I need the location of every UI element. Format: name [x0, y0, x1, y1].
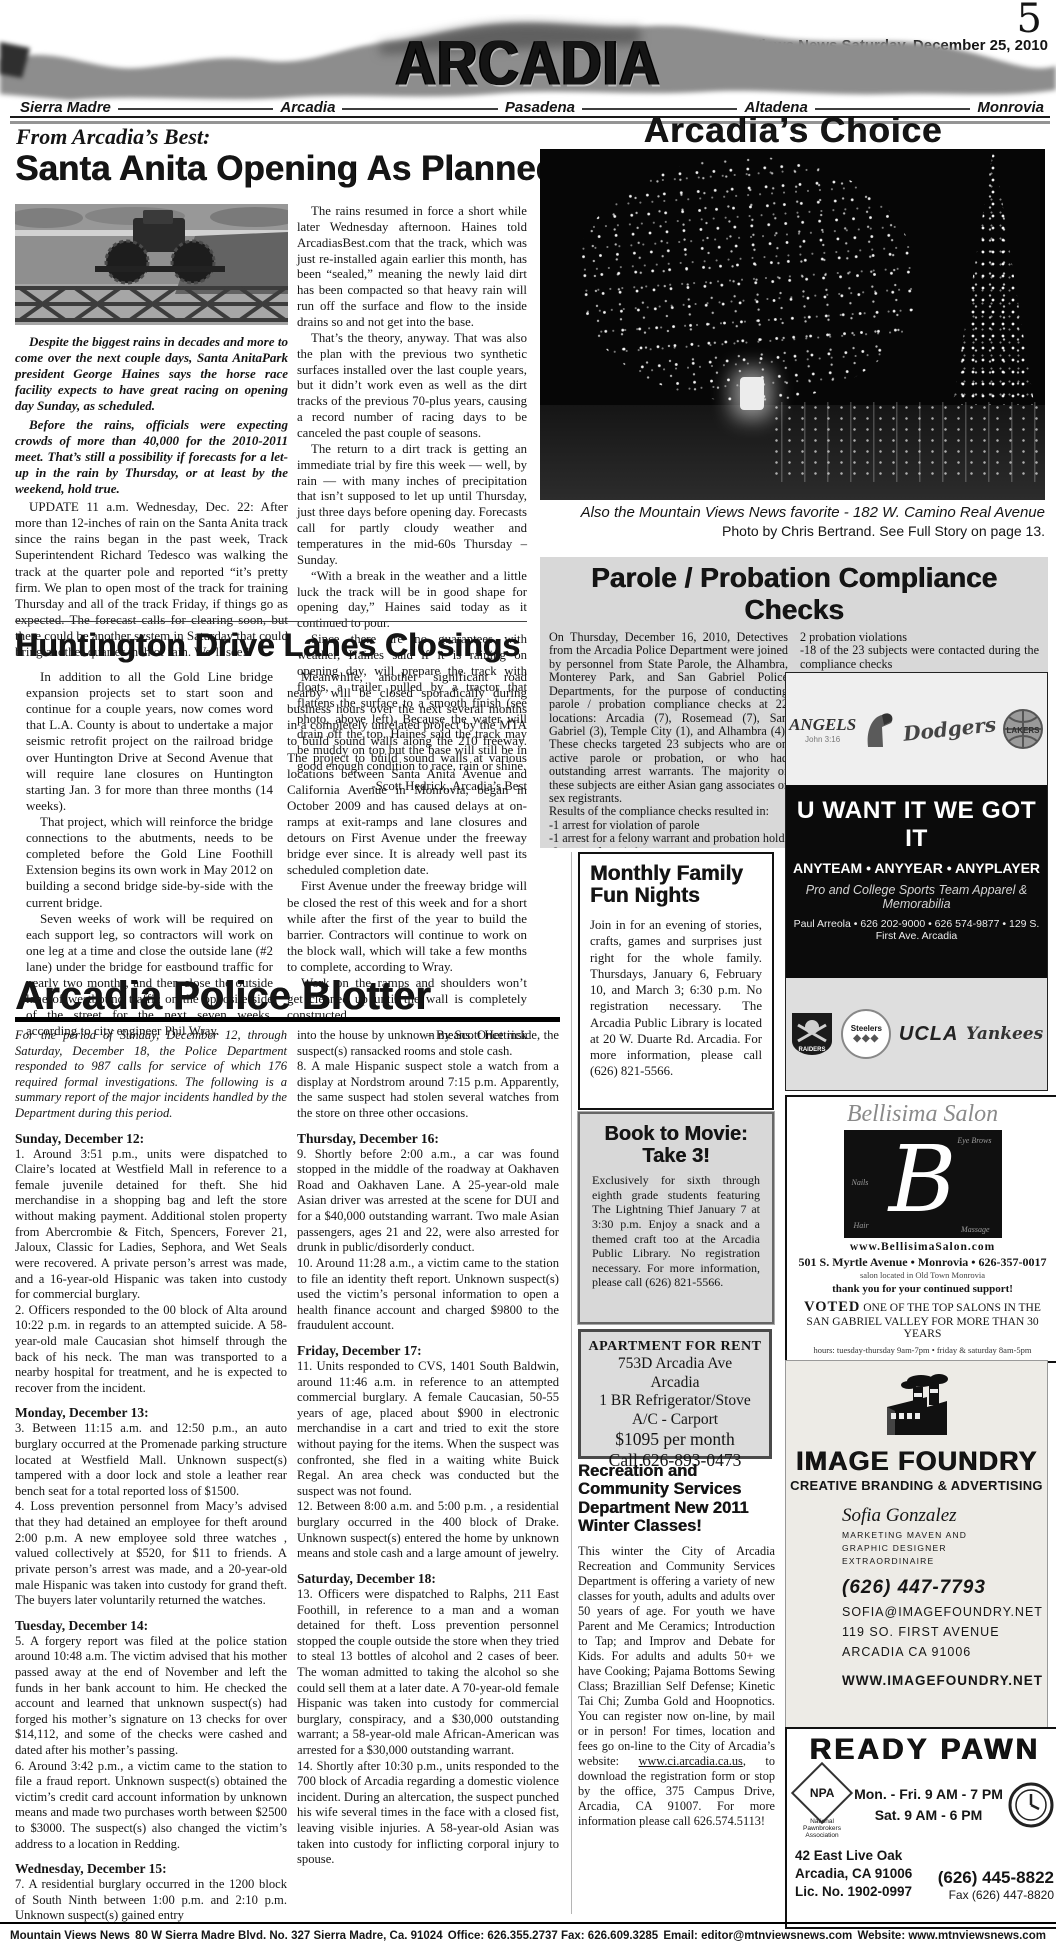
foundry-tagline: CREATIVE BRANDING & ADVERTISING [786, 1478, 1047, 1493]
fun-nights-title-line1: Monthly Family [590, 862, 743, 885]
fun-nights-title: Monthly Family Fun Nights [590, 863, 762, 907]
angels-caption: John 3:16 [789, 735, 856, 744]
paragraph: 3. Between 11:15 a.m. and 12:50 p.m., an… [15, 1421, 287, 1499]
blotter-rule [15, 1017, 560, 1022]
paragraph: 2 probation violations [800, 631, 1039, 644]
kicker: From Arcadia’s Best: [16, 124, 210, 150]
paragraph: Results of the compliance checks resulte… [549, 805, 788, 818]
footer-bar: Mountain Views News 80 W Sierra Madre Bl… [0, 1922, 1056, 1942]
pawn-fax: Fax (626) 447-8820 [938, 1888, 1054, 1902]
fun-nights-box: Monthly Family Fun Nights Join in for an… [578, 852, 774, 1110]
day-heading: Tuesday, December 14: [15, 1618, 287, 1634]
angels-logo: ANGELSJohn 3:16 [789, 715, 856, 744]
paragraph: 14. Shortly after 10:30 p.m., units resp… [297, 1759, 559, 1868]
parole-headline: Parole / Probation Compliance Checks [540, 557, 1048, 626]
apartment-address: 753D Arcadia Ave [585, 1355, 765, 1374]
city-sierra-madre: Sierra Madre [20, 99, 111, 116]
paragraph: Meanwhile, another significant road near… [287, 669, 527, 878]
salon-voted-line1: ONE OF THE TOP SALONS IN THE [860, 1302, 1041, 1314]
salon-label-hair: Hair [854, 1221, 869, 1230]
salon-title: Bellisima Salon [793, 1101, 1052, 1128]
recreation-text-1: This winter the City of Arcadia Recreati… [578, 1544, 775, 1768]
day-heading: Thursday, December 16: [297, 1131, 559, 1147]
fun-nights-title-line2: Fun Nights [590, 884, 700, 907]
apartment-rent: $1095 per month [585, 1429, 765, 1450]
day-heading: Saturday, December 18: [297, 1571, 559, 1587]
salon-voted-word: VOTED [804, 1299, 860, 1315]
pawn-telephone: (626) 445-8822 [938, 1868, 1054, 1888]
salon-thanks: thank you for your continued support! [793, 1283, 1052, 1295]
sports-ad-contact: Paul Arreola • 626 202-9000 • 626 574-98… [790, 918, 1043, 942]
pawn-phone-block: (626) 445-8822 Fax (626) 447-8820 [938, 1868, 1054, 1902]
bellisima-salon-ad: Bellisima Salon B Eye Brows Nails Hair M… [785, 1095, 1056, 1363]
paragraph: That project, which will reinforce the b… [26, 814, 273, 911]
pawn-hours: Mon. - Fri. 9 AM - 7 PM Sat. 9 AM - 6 PM [854, 1784, 1003, 1826]
day-heading: Friday, December 17: [297, 1343, 559, 1359]
steelers-logo: Steelers◆◆◆ [841, 1009, 891, 1059]
pawn-hours-saturday: Sat. 9 AM - 6 PM [854, 1805, 1003, 1826]
sports-ad-band: U WANT IT WE GOT IT ANYTEAM • ANYYEAR • … [786, 785, 1047, 978]
salon-website[interactable]: www.BellisimaSalon.com [793, 1241, 1052, 1253]
steelers-diamonds: ◆◆◆ [853, 1033, 879, 1044]
paragraph: “With a break in the weather and a littl… [297, 569, 527, 632]
factory-icon [869, 1373, 965, 1439]
salon-label-massage: Massage [961, 1225, 989, 1234]
salon-b-monogram: B [889, 1126, 957, 1233]
lantern-light [740, 377, 764, 410]
recreation-body: This winter the City of Arcadia Recreati… [578, 1544, 775, 1829]
banner-title: ARCADIA [395, 26, 660, 99]
foundry-website[interactable]: WWW.IMAGEFOUNDRY.NET [842, 1673, 1047, 1688]
paragraph: 4. Loss prevention personnel from Macy’s… [15, 1499, 287, 1608]
italic-paragraph: For the period of Sunday, December 12, t… [15, 1028, 287, 1122]
angels-text: ANGELS [789, 715, 856, 734]
clock-icon [1008, 1782, 1054, 1828]
trojan-head-icon [862, 709, 896, 749]
svg-text:LAKERS: LAKERS [1006, 726, 1040, 735]
christmas-lights-photo [540, 149, 1045, 500]
foundry-phone: (626) 447-7793 [842, 1577, 1047, 1599]
paragraph: In addition to all the Gold Line bridge … [26, 669, 273, 814]
italic-paragraph: Despite the biggest rains in decades and… [15, 334, 288, 415]
paragraph: -1 arrest for violation of parole [549, 819, 788, 832]
apartment-title: APARTMENT FOR RENT [585, 1339, 765, 1355]
paragraph: 2. Officers responded to the 00 block of… [15, 1303, 287, 1397]
lit-tree-canopy [567, 149, 923, 414]
paragraph: On Thursday, December 16, 2010, Detectiv… [549, 631, 788, 805]
fun-nights-body: Join in for an evening of stories, craft… [590, 917, 762, 1080]
footer-website[interactable]: Website: www.mtnviewsnews.com [857, 1930, 1046, 1942]
italic-paragraph: Before the rains, officials were expecti… [15, 417, 288, 498]
pawn-license: Lic. No. 1902-0997 [795, 1883, 912, 1901]
paragraph: -1 arrest for a felony warrant and proba… [549, 832, 788, 845]
divider [118, 108, 274, 110]
footer-email[interactable]: Email: editor@mtnviewsnews.com [663, 1930, 852, 1942]
footer-paper-name: Mountain Views News [10, 1930, 130, 1942]
icicle-lights [770, 402, 1045, 482]
section-rule [15, 621, 527, 622]
pawn-city: Arcadia, CA 91006 [795, 1865, 912, 1883]
paragraph: 7. A residential burglary occurred in th… [15, 1877, 287, 1924]
raiders-shield-icon: RAIDERS [790, 1011, 834, 1057]
photo-credit: Photo by Chris Bertrand. See Full Story … [540, 523, 1045, 539]
bottom-logo-strip: RAIDERS Steelers◆◆◆ UCLA Yankees [786, 978, 1047, 1090]
city-arcadia: Arcadia [280, 99, 335, 116]
pawn-name: READY PAWN [795, 1733, 1054, 1767]
photo-caption: Also the Mountain Views News favorite - … [540, 504, 1045, 521]
image-foundry-ad: IMAGE FOUNDRY CREATIVE BRANDING & ADVERT… [785, 1360, 1048, 1734]
tractor-photo [15, 204, 288, 325]
book-to-movie-box: Book to Movie: Take 3! Exclusively for s… [578, 1112, 774, 1324]
salon-voted: VOTED ONE OF THE TOP SALONS IN THESAN GA… [793, 1299, 1052, 1340]
divider [815, 108, 971, 110]
book-to-movie-body: Exclusively for sixth through eighth gra… [592, 1173, 760, 1290]
divider [342, 108, 498, 110]
sports-ad-tagline: Pro and College Sports Team Apparel & Me… [790, 883, 1043, 911]
dodgers-logo: Dodgers [902, 712, 997, 746]
santa-anita-column-1: Despite the biggest rains in decades and… [15, 204, 288, 660]
salon-photo-collage: B Eye Brows Nails Hair Massage [844, 1130, 1002, 1238]
foundry-person: Sofia Gonzalez [842, 1505, 1047, 1527]
salon-label-nails: Nails [852, 1178, 869, 1187]
divider [582, 108, 738, 110]
apartment-city: Arcadia [585, 1374, 765, 1393]
pawn-hours-weekday: Mon. - Fri. 9 AM - 7 PM [854, 1784, 1003, 1805]
paragraph: into the house by unknown means. Once in… [297, 1028, 559, 1059]
lakers-basketball-icon: LAKERS [1002, 708, 1044, 750]
paragraph: 12. Between 8:00 a.m. and 5:00 p.m. , a … [297, 1499, 559, 1561]
recreation-section: Recreation and Community Services Depart… [578, 1462, 775, 1829]
recreation-website-link[interactable]: www.ci.arcadia.ca.us [638, 1754, 742, 1768]
yankees-logo: Yankees [966, 1024, 1043, 1044]
salon-label-eyebrows: Eye Brows [957, 1136, 991, 1145]
foundry-person-title: MARKETING MAVEN AND GRAPHIC DESIGNER EXT… [842, 1529, 992, 1567]
npa-badge: NPA National Pawnbrokers Association [795, 1771, 849, 1839]
ready-pawn-ad: READY PAWN NPA National Pawnbrokers Asso… [785, 1727, 1056, 1929]
ucla-logo: UCLA [899, 1023, 959, 1046]
recreation-title: Recreation and Community Services Depart… [578, 1462, 775, 1536]
footer-address: 80 W Sierra Madre Blvd. No. 327 Sierra M… [135, 1930, 442, 1942]
book-title-line2: Take 3! [642, 1145, 709, 1167]
apartment-ad: APARTMENT FOR RENT 753D Arcadia Ave Arca… [578, 1329, 772, 1459]
police-blotter-headline: Arcadia Police Blotter [15, 974, 431, 1019]
blotter-column-2: into the house by unknown means. Once in… [297, 1028, 559, 1868]
salon-voted-line2: SAN GABRIEL VALLEY FOR MORE THAN 30 YEAR… [806, 1316, 1038, 1340]
day-heading: Wednesday, December 15: [15, 1861, 287, 1877]
paragraph: 8. A male Hispanic suspect stole a watch… [297, 1059, 559, 1121]
sports-ad-subline: ANYTEAM • ANYYEAR • ANYPLAYER [790, 860, 1043, 876]
pawn-street: 42 East Live Oak [795, 1847, 912, 1865]
foundry-email[interactable]: SOFIA@IMAGEFOUNDRY.NET [842, 1605, 1047, 1619]
day-heading: Monday, December 13: [15, 1405, 287, 1421]
blotter-column-1: For the period of Sunday, December 12, t… [15, 1028, 287, 1924]
paragraph: 9. Shortly before 2:00 a.m., a car was f… [297, 1147, 559, 1256]
svg-text:RAIDERS: RAIDERS [798, 1047, 825, 1053]
column-divider [571, 852, 572, 1914]
pawn-address: 42 East Live Oak Arcadia, CA 91006 Lic. … [795, 1847, 912, 1902]
foundry-address1: 119 SO. FIRST AVENUE [842, 1625, 1047, 1639]
newspaper-page: 5 Mountain Views News Saturday, December… [0, 0, 1056, 1951]
paragraph: 6. Around 3:42 p.m., a victim came to th… [15, 1759, 287, 1853]
paragraph: That’s the theory, anyway. That was also… [297, 331, 527, 442]
paragraph: The return to a dirt track is getting an… [297, 442, 527, 569]
parole-column-1: On Thursday, December 16, 2010, Detectiv… [549, 631, 788, 848]
arcadias-choice-headline: Arcadia’s Choice [540, 111, 1046, 151]
paragraph: 13. Officers were dispatched to Ralphs, … [297, 1587, 559, 1759]
foundry-address2: ARCADIA CA 91006 [842, 1645, 1047, 1659]
paragraph: 10. Around 11:28 a.m., a victim came to … [297, 1256, 559, 1334]
paragraph: -2 arrests for misdemeanor warrants [549, 846, 788, 848]
paragraph: 1. Around 3:51 p.m., units were dispatch… [15, 1147, 287, 1303]
sports-ad-headline: U WANT IT WE GOT IT [790, 797, 1043, 853]
npa-text: NPA [810, 1786, 834, 1800]
paragraph: 11. Units responded to CVS, 1401 South B… [297, 1359, 559, 1499]
salon-subaddress: salon located in Old Town Monrovia [793, 1270, 1052, 1280]
top-logo-strip: ANGELSJohn 3:16 Dodgers LAKERS [786, 673, 1047, 785]
salon-address: 501 S. Myrtle Avenue • Monrovia • 626-35… [793, 1255, 1052, 1270]
paragraph: -18 of the 23 subjects were contacted du… [800, 644, 1039, 671]
steelers-text: Steelers [851, 1024, 882, 1033]
huntington-headline: Huntington Drive Lanes Closings [15, 627, 520, 664]
santa-anita-text-col1: Despite the biggest rains in decades and… [15, 334, 288, 660]
foundry-name: IMAGE FOUNDRY [786, 1446, 1047, 1477]
book-title-line1: Book to Movie: [604, 1123, 747, 1145]
paragraph: 5. A forgery report was filed at the pol… [15, 1634, 287, 1759]
sports-apparel-ad: ANGELSJohn 3:16 Dodgers LAKERS U WANT IT… [785, 672, 1048, 1091]
apartment-amenities: A/C - Carport [585, 1411, 765, 1430]
apartment-features: 1 BR Refrigerator/Stove [585, 1392, 765, 1411]
day-heading: Sunday, December 12: [15, 1131, 287, 1147]
book-to-movie-title: Book to Movie: Take 3! [592, 1123, 760, 1167]
santa-anita-headline: Santa Anita Opening As Planned [15, 149, 557, 189]
salon-hours: hours: tuesday-thursday 9am-7pm • friday… [793, 1345, 1052, 1355]
footer-phones: Office: 626.355.2737 Fax: 626.609.3285 [448, 1930, 658, 1942]
paragraph: First Avenue under the freeway bridge wi… [287, 878, 527, 975]
paragraph: The rains resumed in force a short while… [297, 204, 527, 331]
